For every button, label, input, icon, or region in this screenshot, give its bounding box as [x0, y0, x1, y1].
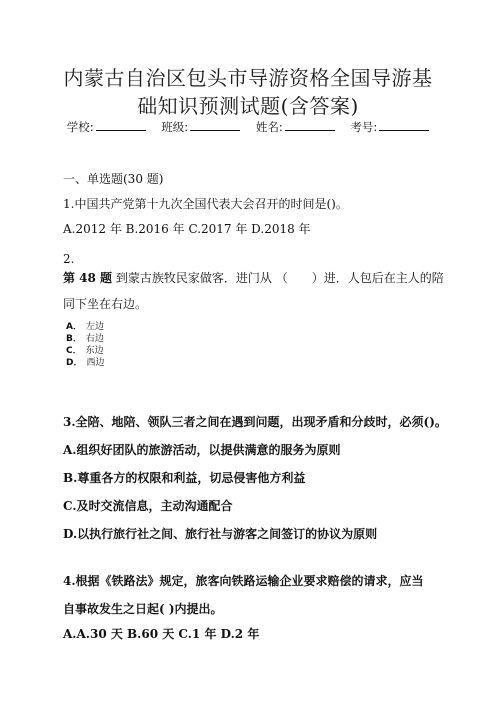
question-2-stem-line2: 同下坐在右边。 [63, 295, 147, 312]
name-blank [285, 120, 335, 131]
exam-number-blank [379, 120, 429, 131]
name-label: 姓名: [256, 120, 283, 134]
question-3-option-a: A.组织好团队的旅游活动，以提供满意的服务为原则 [63, 441, 341, 458]
question-2-prefix: 第 48 题 [63, 271, 112, 285]
school-blank [96, 120, 146, 131]
question-4-options: A.A.30 天 B.60 天 C.1 年 D.2 年 [63, 625, 259, 642]
document-title-line2: 础知识预测试题(含答案) [0, 90, 496, 119]
class-label: 班级: [161, 120, 188, 134]
question-3-stem: 3.全陪、地陪、领队三者之间在遇到问题，出现矛盾和分歧时，必须()。 [63, 413, 447, 430]
exam-number-label: 考号: [350, 120, 377, 134]
student-info-fields: 学校: 班级: 姓名: 考号: [0, 119, 496, 135]
question-2-text: 到蒙古族牧民家做客．进门从 （ ）进．人包后在主人的陪 [112, 271, 444, 285]
class-blank [190, 120, 240, 131]
question-3-option-d: D.以执行旅行社之间、旅行社与游客之间签订的协议为原则 [63, 525, 377, 542]
question-4-stem-line1: 4.根据《铁路法》规定，旅客向铁路运输企业要求赔偿的请求，应当 [63, 572, 424, 589]
document-title-line1: 内蒙古自治区包头市导游资格全国导游基 [0, 62, 496, 91]
question-1-stem: 1.中国共产党第十九次全国代表大会召开的时间是()。 [63, 195, 348, 212]
question-2-number: 2. [63, 252, 74, 266]
question-2-option-d: D．西边 [66, 355, 105, 368]
section-heading: 一、单选题(30 题) [63, 170, 163, 187]
question-3-option-b: B.尊重各方的权限和利益，切忌侵害他方利益 [63, 469, 305, 486]
question-3-option-c: C.及时交流信息，主动沟通配合 [63, 497, 233, 514]
question-2-stem-line1: 第 48 题 到蒙古族牧民家做客．进门从 （ ）进．人包后在主人的陪 [63, 269, 444, 286]
question-1-options: A.2012 年 B.2016 年 C.2017 年 D.2018 年 [63, 220, 311, 237]
school-label: 学校: [67, 120, 94, 134]
question-4-stem-line2: 自事故发生之日起( )内提出。 [63, 600, 223, 617]
